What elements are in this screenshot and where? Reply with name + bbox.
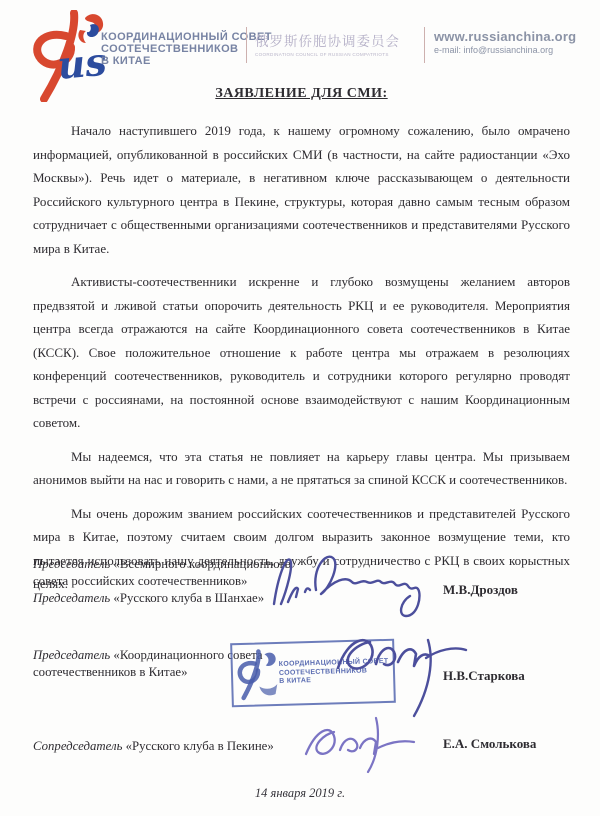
role-title: Председатель — [33, 648, 110, 662]
role-text: совета российских соотечественников» — [33, 574, 247, 588]
website-url: www.russianchina.org — [434, 29, 576, 44]
stamp-text: КООРДИНАЦИОННЫЙ СОВЕТ СООТЕЧЕСТВЕННИКОВ … — [279, 658, 389, 687]
document-date: 14 января 2019 г. — [0, 786, 600, 801]
signatory-name-3: Е.А. Смолькова — [443, 736, 573, 752]
header-divider — [246, 27, 247, 63]
paragraph-1: Начало наступившего 2019 года, к нашему … — [33, 119, 570, 260]
document-body: ЗАЯВЛЕНИЕ ДЛЯ СМИ: Начало наступившего 2… — [33, 86, 570, 606]
stamp-line3: В КИТАЕ — [279, 675, 389, 687]
signatory-role-3: Сопредседатель «Русского клуба в Пекине» — [33, 738, 333, 755]
stamp-logo-icon — [234, 648, 279, 701]
role-title: Сопредседатель — [33, 739, 122, 753]
role-text: «Русского клуба в Шанхае» — [110, 591, 264, 605]
letterhead: us КООРДИНАЦИОННЫЙ СОВЕТ СООТЕЧЕСТВЕННИК… — [0, 0, 600, 100]
contact-block: www.russianchina.org e-mail: info@russia… — [434, 29, 576, 55]
org-name-chinese: 俄罗斯侨胞协调委员会 — [255, 30, 400, 50]
paragraph-2: Активисты-соотечественники искренне и гл… — [33, 270, 570, 435]
scanned-press-statement: us КООРДИНАЦИОННЫЙ СОВЕТ СООТЕЧЕСТВЕННИК… — [0, 0, 600, 816]
paragraph-3: Мы надеемся, что эта статья не повлияет … — [33, 445, 570, 492]
document-title: ЗАЯВЛЕНИЕ ДЛЯ СМИ: — [33, 86, 570, 102]
role-title: Председатель — [33, 557, 110, 571]
kssk-stamp: КООРДИНАЦИОННЫЙ СОВЕТ СООТЕЧЕСТВЕННИКОВ … — [230, 639, 396, 708]
email-address: e-mail: info@russianchina.org — [434, 45, 576, 55]
signatory-name-2: Н.В.Старкова — [443, 668, 573, 684]
org-name-chinese-block: 俄罗斯侨胞协调委员会 COORDINATION COUNCIL OF RUSSI… — [255, 30, 400, 57]
role-text: соотечественников в Китае» — [33, 665, 188, 679]
role-text: «Русского клуба в Пекине» — [122, 739, 273, 753]
role-title: Председатель — [33, 591, 110, 605]
signatory-name-1: М.В.Дроздов — [443, 582, 573, 598]
org-name-english: COORDINATION COUNCIL OF RUSSIAN COMPATRI… — [255, 52, 400, 57]
role-text: «Всемирного координационного — [110, 557, 291, 571]
signatory-role-1: Председатель «Всемирного координационног… — [33, 556, 333, 607]
header-divider — [424, 27, 425, 63]
